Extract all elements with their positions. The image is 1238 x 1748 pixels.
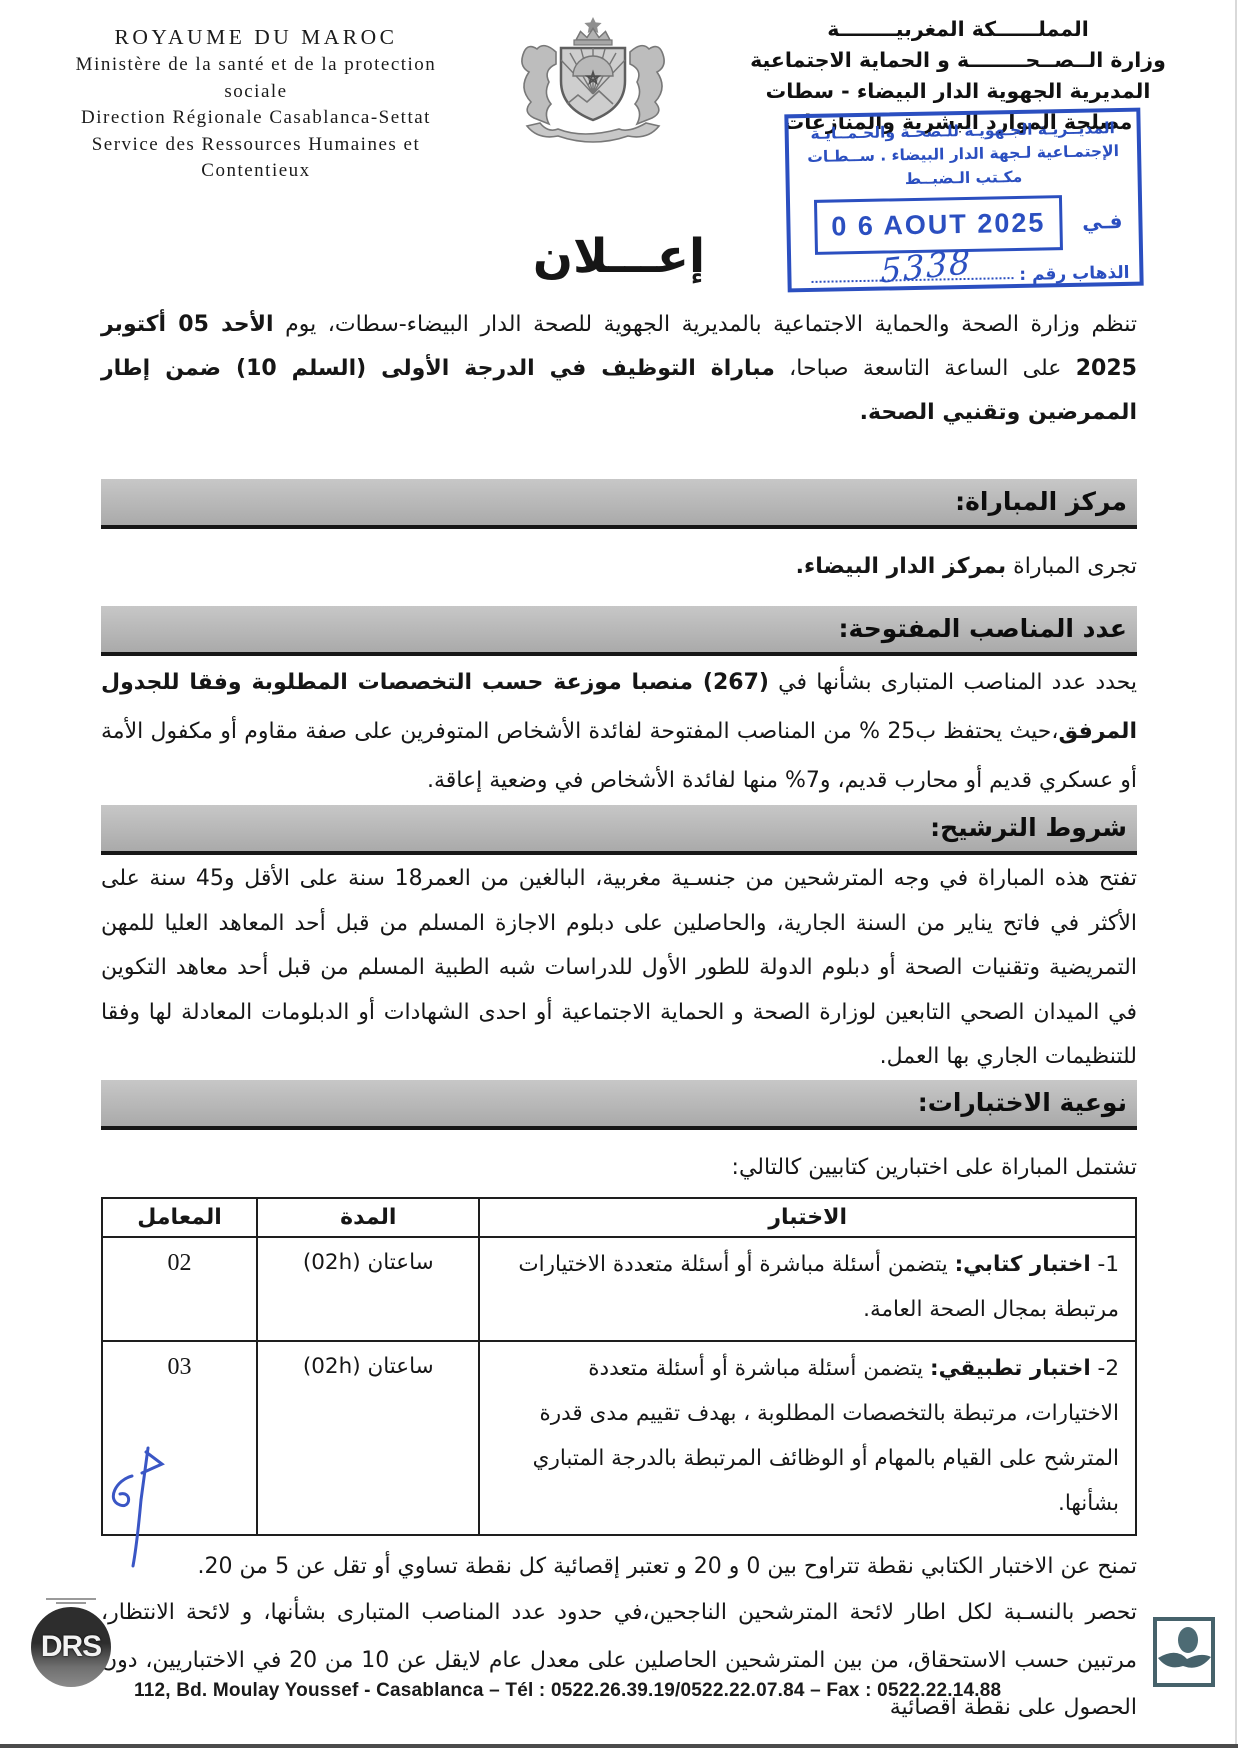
exam-1-description: 1- اختبار كتابي: يتضمن أسئلة مباشرة أو أ… <box>479 1237 1136 1341</box>
exam-1-coefficient: 02 <box>102 1237 257 1341</box>
section-header-centre: مركز المباراة: <box>101 479 1137 529</box>
section-header-conditions: شروط الترشيح: <box>101 805 1137 855</box>
drs-logo-label: DRS <box>41 1630 101 1664</box>
exam-2-duration: ساعتان (02h) <box>257 1341 479 1536</box>
intro-text-run: تنظم وزارة الصحة والحماية الاجتماعية بال… <box>274 312 1137 337</box>
drs-logo: DRS <box>28 1596 114 1687</box>
header-french-ministry: Ministère de la santé et de la protectio… <box>52 52 460 105</box>
scan-edge-artifact <box>0 1744 1238 1748</box>
page-title: إعـــلان <box>101 228 1137 287</box>
drs-logo-tiny-text <box>46 1598 96 1600</box>
header-french-kingdom: ROYAUME DU MAROC <box>52 22 460 52</box>
header-arabic-direction: المديرية الجهوية الدار البيضاء - سطات <box>716 76 1200 107</box>
header-arabic-ministry: وزارة الــصــحــــــــة و الحماية الاجتم… <box>716 45 1200 76</box>
exams-intro-line: تشتمل المباراة على اختبارين كتابيين كالت… <box>101 1146 1137 1190</box>
exam-2-name: اختبار تطبيقي: <box>930 1356 1091 1381</box>
morocco-coat-of-arms-icon <box>497 14 689 156</box>
document-body: إعـــلان تنظم وزارة الصحة والحماية الاجت… <box>101 228 1137 1731</box>
exams-col-coefficient: المعامل <box>102 1198 257 1237</box>
grading-paragraph: تمنح عن الاختبار الكتابي نقطة تتراوح بين… <box>101 1546 1137 1589</box>
exam-1-number: 1- <box>1091 1252 1119 1277</box>
exams-table: الاختبار المدة المعامل 1- اختبار كتابي: … <box>101 1197 1137 1537</box>
exams-table-row: 1- اختبار كتابي: يتضمن أسئلة مباشرة أو أ… <box>102 1237 1136 1341</box>
exams-col-duration: المدة <box>257 1198 479 1237</box>
intro-paragraph: تنظم وزارة الصحة والحماية الاجتماعية بال… <box>101 303 1137 435</box>
centre-paragraph: تجرى المباراة بمركز الدار البيضاء. <box>101 541 1137 594</box>
ranking-paragraph: تحصر بالنسـبة لكل اطار لائحة المترشحين ا… <box>101 1589 1137 1731</box>
scan-edge-artifact <box>1235 0 1237 1748</box>
document-page: ROYAUME DU MAROC Ministère de la santé e… <box>0 0 1238 1748</box>
centre-text-run: تجرى المباراة <box>1006 554 1137 579</box>
drs-logo-circle: DRS <box>31 1607 111 1687</box>
conditions-paragraph: تفتح هذه المباراة في وجه المترشحين من جن… <box>101 857 1137 1079</box>
positions-text-run: ،حيث يحتفظ ب25 % من المناصب المفتوحة لفا… <box>101 719 1137 793</box>
exam-2-number: 2- <box>1091 1356 1119 1381</box>
exams-col-exam: الاختبار <box>479 1198 1136 1237</box>
exam-2-description: 2- اختبار تطبيقي: يتضمن أسئلة مباشرة أو … <box>479 1341 1136 1536</box>
positions-text-run: يحدد عدد المناصب المتبارى بشأنها في <box>769 670 1137 695</box>
section-header-positions-label: عدد المناصب المفتوحة: <box>839 614 1127 643</box>
exam-1-duration: ساعتان (02h) <box>257 1237 479 1341</box>
header-french-direction: Direction Régionale Casablanca-Settat <box>52 105 460 132</box>
handwritten-paraph-icon <box>92 1442 178 1578</box>
header-arabic-kingdom: المملــــــكة المغربيــــــــة <box>716 14 1200 45</box>
exams-table-header-row: الاختبار المدة المعامل <box>102 1198 1136 1237</box>
section-header-positions: عدد المناصب المفتوحة: <box>101 606 1137 656</box>
section-header-exams-label: نوعية الاختبارات: <box>918 1088 1127 1117</box>
centre-bold-run: بمركز الدار البيضاء. <box>796 554 1007 579</box>
header-french-service: Service des Ressources Humaines et Conte… <box>52 132 460 185</box>
drs-logo-tiny-text <box>56 1602 86 1604</box>
exams-table-row: 2- اختبار تطبيقي: يتضمن أسئلة مباشرة أو … <box>102 1341 1136 1536</box>
header-french: ROYAUME DU MAROC Ministère de la santé e… <box>52 22 460 185</box>
intro-text-run: على الساعة التاسعة صباحا، <box>775 356 1076 381</box>
section-header-conditions-label: شروط الترشيح: <box>930 813 1127 842</box>
ministry-health-logo-icon <box>1152 1616 1216 1692</box>
section-header-centre-label: مركز المباراة: <box>955 487 1127 516</box>
footer-address: 112, Bd. Moulay Youssef - Casablanca – T… <box>134 1680 1001 1702</box>
section-header-exams: نوعية الاختبارات: <box>101 1080 1137 1130</box>
positions-paragraph: يحدد عدد المناصب المتبارى بشأنها في (267… <box>101 658 1137 806</box>
exam-1-name: اختبار كتابي: <box>955 1252 1091 1277</box>
